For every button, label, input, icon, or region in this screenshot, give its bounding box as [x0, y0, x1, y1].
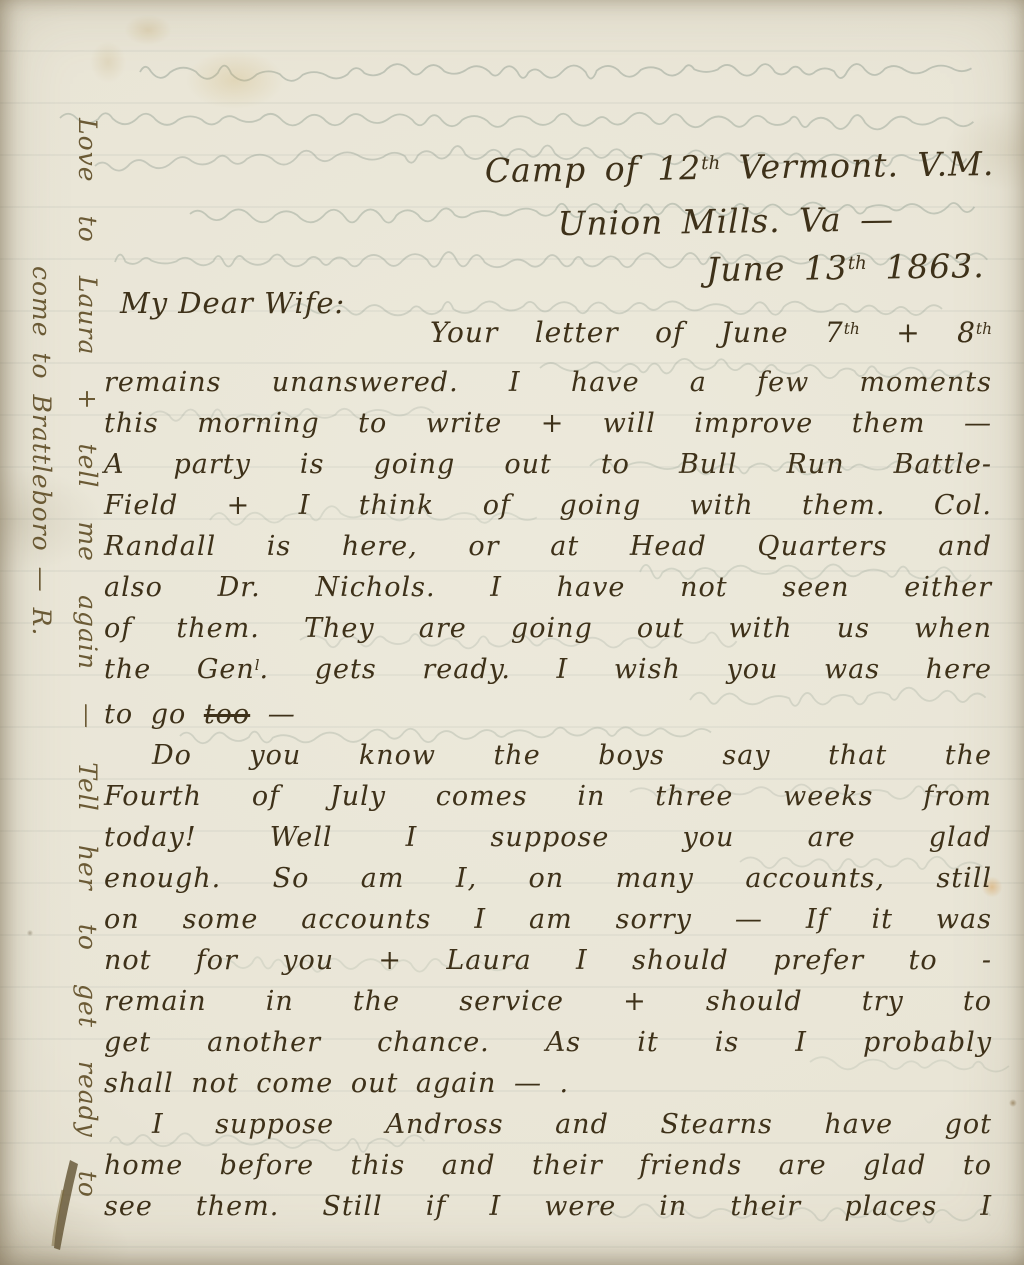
letter-line: home before this and their friends are g…: [104, 1145, 992, 1186]
letter-line: also Dr. Nichols. I have not seen either: [104, 567, 992, 608]
letter-line: A party is going out to Bull Run Battle-: [104, 444, 992, 485]
letter-line: to go too —: [104, 694, 992, 735]
salutation: My Dear Wife:: [120, 286, 345, 320]
letter-line: get another chance. As it is I probably: [104, 1022, 992, 1063]
letter-line: see them. Still if I were in their place…: [104, 1186, 992, 1227]
letter-line: this morning to write + will improve the…: [104, 403, 992, 444]
margin-note: Love to Laura + tell me again — Tell her…: [18, 118, 110, 1198]
letter-line: Field + I think of going with them. Col.: [104, 485, 992, 526]
letter-line: the Genl. gets ready. I wish you was her…: [104, 649, 992, 694]
letter-line: on some accounts I am sorry — If it was: [104, 899, 992, 940]
letter-line: remains unanswered. I have a few moments: [104, 362, 992, 403]
letter-line: shall not come out again — .: [104, 1063, 992, 1104]
letter-line: Randall is here, or at Head Quarters and: [104, 526, 992, 567]
letter-line: today! Well I suppose you are glad: [104, 817, 992, 858]
letter-line: Do you know the boys say that the: [104, 735, 992, 776]
opening-line: Your letter of June 7th + 8th: [430, 316, 992, 349]
letter-line: remain in the service + should try to: [104, 981, 992, 1022]
letter-line: I suppose Andross and Stearns have got: [104, 1104, 992, 1145]
letter-line: not for you + Laura I should prefer to -: [104, 940, 992, 981]
margin-note-line: come to Brattleboro — R.: [18, 266, 64, 1198]
margin-note-line: Love to Laura + tell me again — Tell her…: [64, 118, 110, 1198]
letter-line: Fourth of July comes in three weeks from: [104, 776, 992, 817]
letter-heading: Camp of 12th Vermont. V.M. Union Mills. …: [0, 140, 996, 310]
letter-page: Camp of 12th Vermont. V.M. Union Mills. …: [0, 0, 1024, 1265]
letter-body: remains unanswered. I have a few moments…: [104, 362, 992, 1227]
letter-line: enough. So am I, on many accounts, still: [104, 858, 992, 899]
letter-line: of them. They are going out with us when: [104, 608, 992, 649]
